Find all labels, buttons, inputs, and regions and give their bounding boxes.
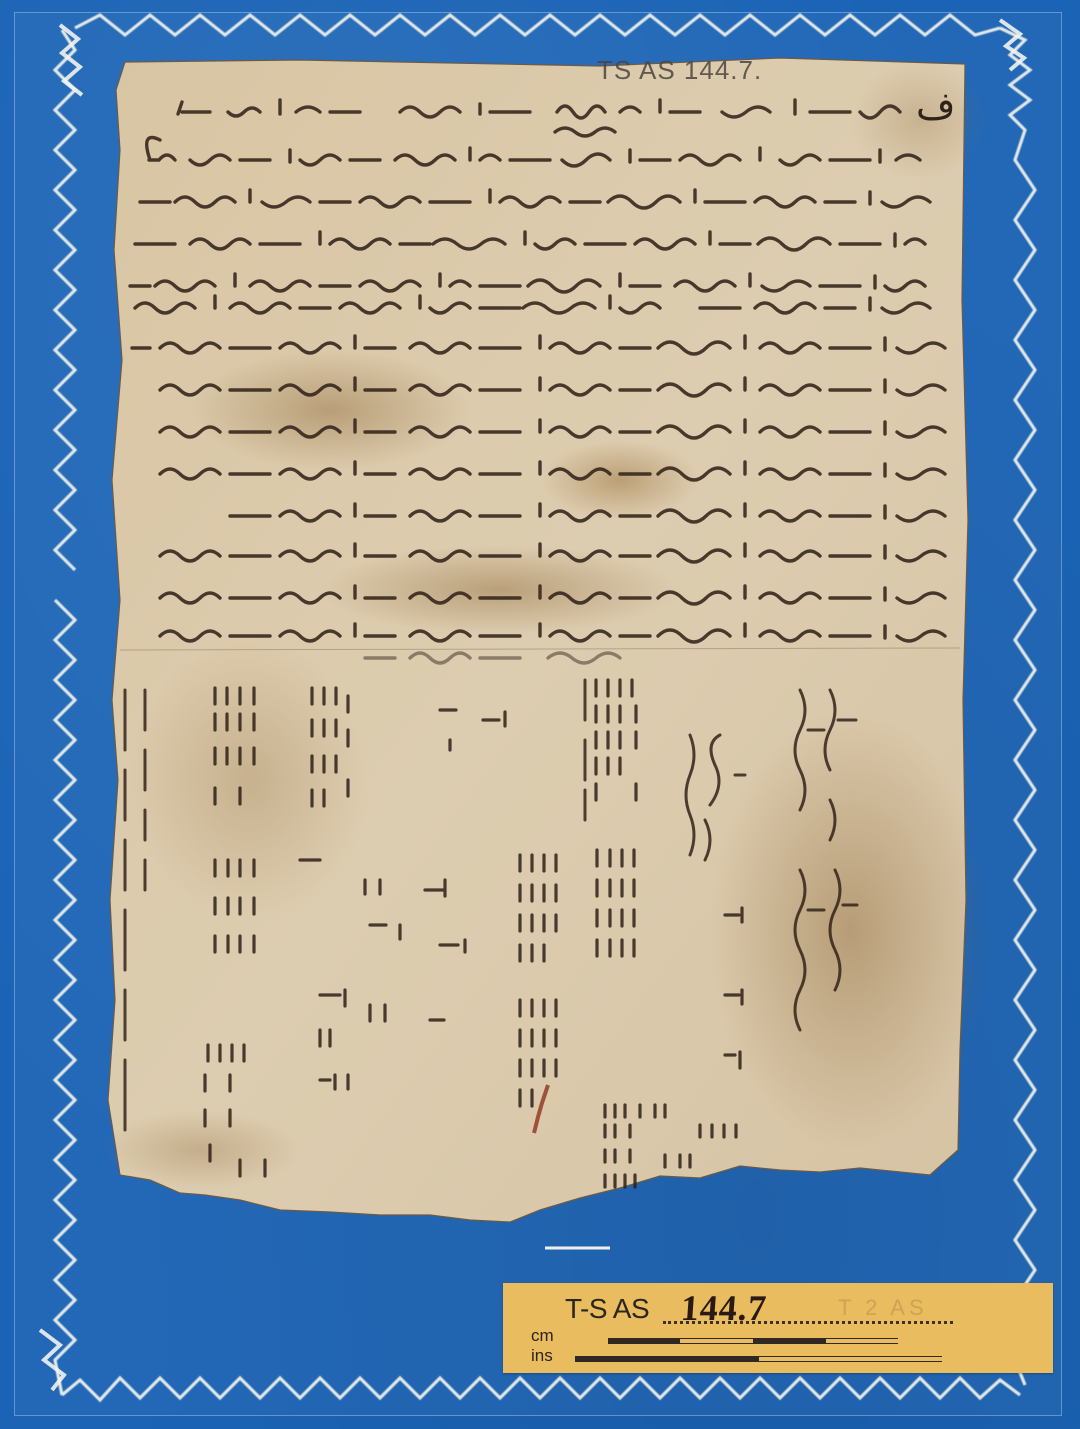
- label-collection-prefix: T-S AS: [565, 1293, 649, 1325]
- label-shelf-number: 144.7: [680, 1287, 769, 1329]
- shelfmark-label: T-S AS 144.7 T 2 AS cm ins: [503, 1283, 1053, 1373]
- inch-scale-bar: [575, 1356, 942, 1362]
- label-ghost-text: T 2 AS: [838, 1295, 928, 1321]
- cm-scale-bar: [608, 1338, 898, 1344]
- accounting-notes: [0, 0, 1080, 1429]
- scale-unit-cm: cm: [531, 1326, 554, 1346]
- scale-unit-ins: ins: [531, 1346, 553, 1366]
